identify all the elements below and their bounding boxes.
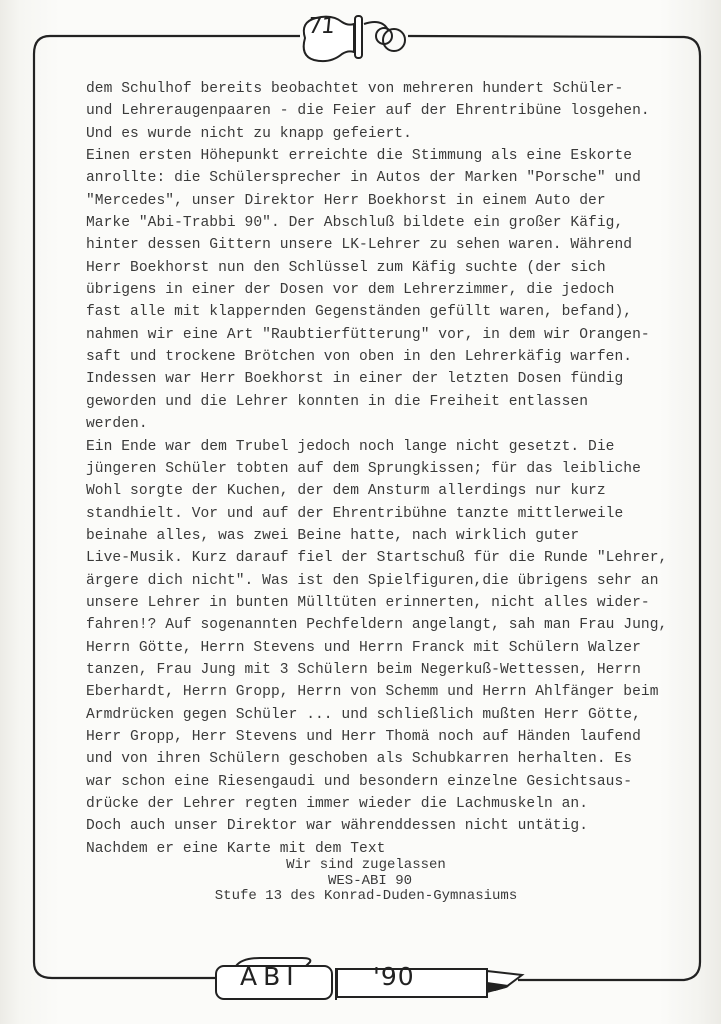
pen-cap-label: ABI [240,962,300,991]
text-line: drücke der Lehrer regten immer wieder di… [86,793,686,815]
text-line: Doch auch unser Direktor war währenddess… [86,815,686,837]
text-line: tanzen, Frau Jung mit 3 Schülern beim Ne… [86,659,686,681]
pen-barrel-label: '90 [373,962,415,991]
text-line: hinter dessen Gittern unsere LK-Lehrer z… [86,234,686,256]
text-line: Ein Ende war dem Trubel jedoch noch lang… [86,436,686,458]
text-line: fahren!? Auf sogenannten Pechfeldern ang… [86,614,686,636]
text-line: Herr Boekhorst nun den Schlüssel zum Käf… [86,257,686,279]
text-line: übrigens in einer der Dosen vor dem Lehr… [86,279,686,301]
text-line: Und es wurde nicht zu knapp gefeiert. [86,123,686,145]
text-line: und von ihren Schülern geschoben als Sch… [86,748,686,770]
quoted-card-text: Wir sind zugelassenWES-ABI 90Stufe 13 de… [86,858,646,905]
text-line: jüngeren Schüler tobten auf dem Sprungki… [86,458,686,480]
text-line: standhielt. Vor und auf der Ehrentribühn… [86,503,686,525]
text-line: geworden und die Lehrer konnten in die F… [86,391,686,413]
text-line: Herrn Götte, Herrn Stevens und Herrn Fra… [86,637,686,659]
card-line: WES-ABI 90 [86,874,646,890]
card-line: Wir sind zugelassen [86,858,646,874]
text-line: und Lehreraugenpaaren - die Feier auf de… [86,100,686,122]
text-line: Wohl sorgte der Kuchen, der dem Ansturm … [86,480,686,502]
text-line: anrollte: die Schülersprecher in Autos d… [86,167,686,189]
text-line: werden. [86,413,686,435]
text-line: fast alle mit klappernden Gegenständen g… [86,301,686,323]
text-line: Armdrücken gegen Schüler ... und schließ… [86,704,686,726]
text-line: saft und trockene Brötchen von oben in d… [86,346,686,368]
card-line: Stufe 13 des Konrad-Duden-Gymnasiums [86,889,646,905]
text-line: Herr Gropp, Herr Stevens und Herr Thomä … [86,726,686,748]
text-line: unsere Lehrer in bunten Mülltüten erinne… [86,592,686,614]
text-line: Einen ersten Höhepunkt erreichte die Sti… [86,145,686,167]
text-line: "Mercedes", unser Direktor Herr Boekhors… [86,190,686,212]
text-line: dem Schulhof bereits beobachtet von mehr… [86,78,686,100]
text-line: nahmen wir eine Art "Raubtierfütterung" … [86,324,686,346]
text-line: Eberhardt, Herrn Gropp, Herrn von Schemm… [86,681,686,703]
text-line: ärgere dich nicht". Was ist den Spielfig… [86,570,686,592]
text-line: Live-Musik. Kurz darauf fiel der Startsc… [86,547,686,569]
text-line: Indessen war Herr Boekhorst in einer der… [86,368,686,390]
page-number: 71 [300,14,343,39]
text-line: war schon eine Riesengaudi und besondern… [86,771,686,793]
article-body: dem Schulhof bereits beobachtet von mehr… [86,78,686,860]
text-line: Marke "Abi-Trabbi 90". Der Abschluß bild… [86,212,686,234]
text-line: beinahe alles, was zwei Beine hatte, nac… [86,525,686,547]
